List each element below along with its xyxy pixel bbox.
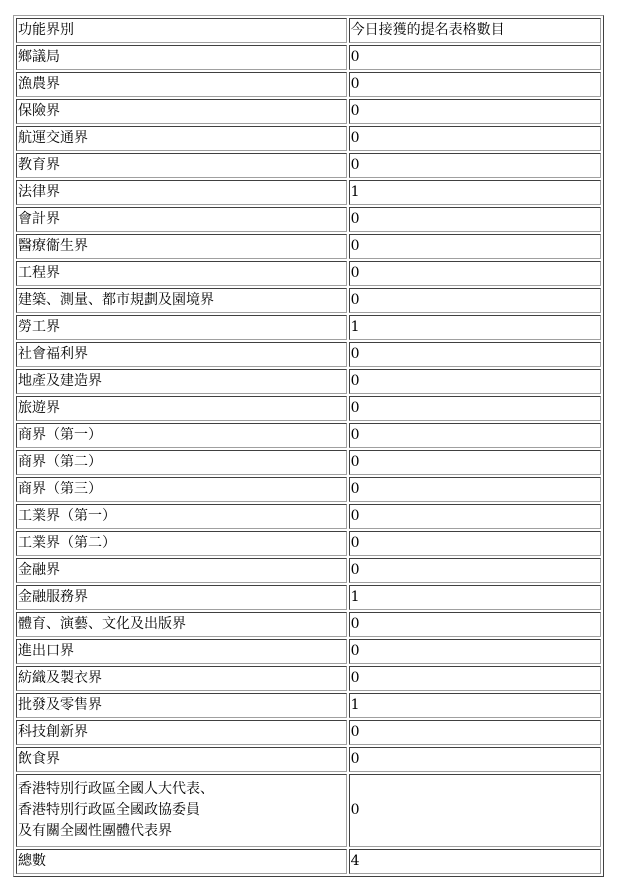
sector-cell: 教育界 <box>16 153 347 178</box>
count-cell: 0 <box>349 774 601 847</box>
count-cell: 0 <box>349 207 601 232</box>
count-cell: 0 <box>349 396 601 421</box>
count-cell: 0 <box>349 342 601 367</box>
sector-cell: 進出口界 <box>16 639 347 664</box>
sector-line: 香港特別行政區全國政協委員 <box>18 800 345 821</box>
sector-cell: 香港特別行政區全國人大代表、 香港特別行政區全國政協委員 及有關全國性團體代表界 <box>16 774 347 847</box>
nominations-table: 功能界別 今日接獲的提名表格數目 鄉議局0漁農界0保險界0航運交通界0教育界0法… <box>13 15 604 877</box>
table-row: 教育界0 <box>16 153 601 178</box>
total-count: 4 <box>349 849 601 874</box>
count-cell: 0 <box>349 747 601 772</box>
table-row: 商界（第二）0 <box>16 450 601 475</box>
count-cell: 0 <box>349 423 601 448</box>
count-cell: 0 <box>349 99 601 124</box>
table-row: 商界（第三）0 <box>16 477 601 502</box>
count-cell: 0 <box>349 450 601 475</box>
count-cell: 0 <box>349 612 601 637</box>
count-cell: 0 <box>349 477 601 502</box>
table-row: 鄉議局0 <box>16 45 601 70</box>
count-cell: 0 <box>349 234 601 259</box>
table-row: 保險界0 <box>16 99 601 124</box>
sector-line: 香港特別行政區全國人大代表、 <box>18 779 345 800</box>
sector-cell: 批發及零售界 <box>16 693 347 718</box>
sector-cell: 商界（第二） <box>16 450 347 475</box>
count-cell: 1 <box>349 180 601 205</box>
table-row: 會計界0 <box>16 207 601 232</box>
sector-cell: 商界（第一） <box>16 423 347 448</box>
sector-cell: 會計界 <box>16 207 347 232</box>
total-label: 總數 <box>16 849 347 874</box>
header-count: 今日接獲的提名表格數目 <box>349 18 601 43</box>
table-row: 體育、演藝、文化及出版界0 <box>16 612 601 637</box>
count-cell: 1 <box>349 693 601 718</box>
table-row: 飲食界0 <box>16 747 601 772</box>
count-cell: 0 <box>349 126 601 151</box>
sector-cell: 紡織及製衣界 <box>16 666 347 691</box>
count-cell: 0 <box>349 504 601 529</box>
sector-cell: 法律界 <box>16 180 347 205</box>
sector-cell: 工業界（第二） <box>16 531 347 556</box>
sector-cell: 飲食界 <box>16 747 347 772</box>
table-header-row: 功能界別 今日接獲的提名表格數目 <box>16 18 601 43</box>
table-row: 金融界0 <box>16 558 601 583</box>
count-cell: 0 <box>349 261 601 286</box>
sector-cell: 勞工界 <box>16 315 347 340</box>
table-row: 工業界（第一）0 <box>16 504 601 529</box>
table-row: 金融服務界1 <box>16 585 601 610</box>
count-cell: 1 <box>349 585 601 610</box>
sector-cell: 工程界 <box>16 261 347 286</box>
sector-cell: 金融界 <box>16 558 347 583</box>
count-cell: 0 <box>349 288 601 313</box>
sector-cell: 社會福利界 <box>16 342 347 367</box>
header-sector: 功能界別 <box>16 18 347 43</box>
sector-cell: 鄉議局 <box>16 45 347 70</box>
table-row: 航運交通界0 <box>16 126 601 151</box>
table-row: 紡織及製衣界0 <box>16 666 601 691</box>
count-cell: 0 <box>349 72 601 97</box>
sector-cell: 醫療衞生界 <box>16 234 347 259</box>
sector-cell: 體育、演藝、文化及出版界 <box>16 612 347 637</box>
sector-cell: 科技創新界 <box>16 720 347 745</box>
page-container: 功能界別 今日接獲的提名表格數目 鄉議局0漁農界0保險界0航運交通界0教育界0法… <box>13 15 604 877</box>
table-row: 地產及建造界0 <box>16 369 601 394</box>
table-row: 醫療衞生界0 <box>16 234 601 259</box>
sector-cell: 商界（第三） <box>16 477 347 502</box>
count-cell: 0 <box>349 369 601 394</box>
count-cell: 0 <box>349 558 601 583</box>
count-cell: 0 <box>349 666 601 691</box>
count-cell: 0 <box>349 639 601 664</box>
table-row: 社會福利界0 <box>16 342 601 367</box>
table-row: 工程界0 <box>16 261 601 286</box>
count-cell: 0 <box>349 45 601 70</box>
table-row: 科技創新界0 <box>16 720 601 745</box>
count-cell: 0 <box>349 153 601 178</box>
table-row: 進出口界0 <box>16 639 601 664</box>
sector-cell: 地產及建造界 <box>16 369 347 394</box>
table-row: 建築、測量、都市規劃及園境界0 <box>16 288 601 313</box>
sector-cell: 工業界（第一） <box>16 504 347 529</box>
sector-cell: 旅遊界 <box>16 396 347 421</box>
table-row: 批發及零售界1 <box>16 693 601 718</box>
sector-line: 及有關全國性團體代表界 <box>18 821 345 842</box>
sector-cell: 漁農界 <box>16 72 347 97</box>
table-row: 漁農界0 <box>16 72 601 97</box>
count-cell: 0 <box>349 720 601 745</box>
count-cell: 1 <box>349 315 601 340</box>
table-row: 工業界（第二）0 <box>16 531 601 556</box>
sector-cell: 建築、測量、都市規劃及園境界 <box>16 288 347 313</box>
table-row: 旅遊界0 <box>16 396 601 421</box>
sector-cell: 航運交通界 <box>16 126 347 151</box>
table-total-row: 總數 4 <box>16 849 601 874</box>
table-row: 商界（第一）0 <box>16 423 601 448</box>
sector-cell: 保險界 <box>16 99 347 124</box>
table-row-npc-cppcc: 香港特別行政區全國人大代表、 香港特別行政區全國政協委員 及有關全國性團體代表界… <box>16 774 601 847</box>
sector-cell: 金融服務界 <box>16 585 347 610</box>
count-cell: 0 <box>349 531 601 556</box>
table-row: 勞工界1 <box>16 315 601 340</box>
table-row: 法律界1 <box>16 180 601 205</box>
